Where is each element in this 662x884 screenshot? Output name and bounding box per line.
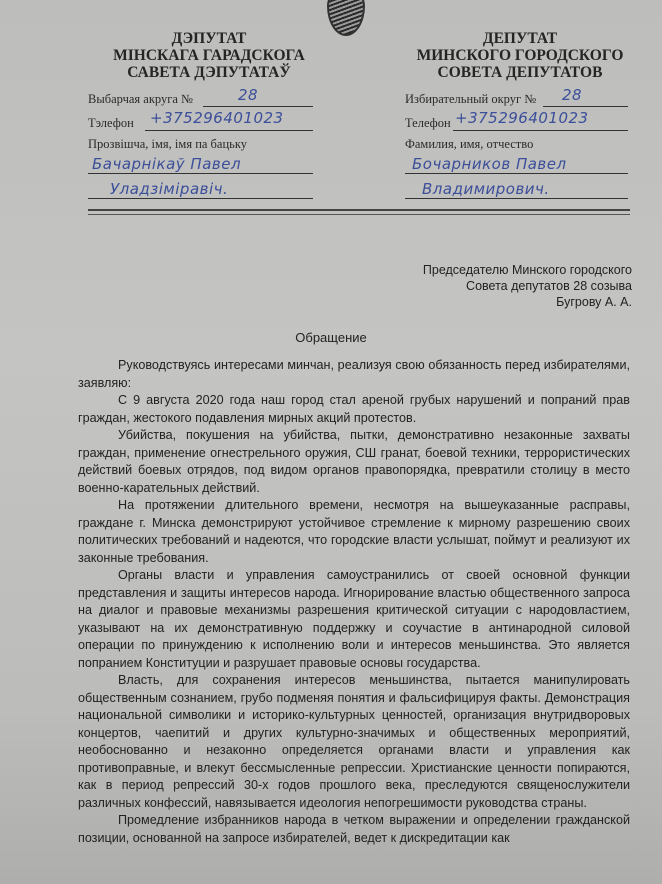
paragraph: Убийства, покушения на убийства, пытки, … xyxy=(78,427,630,497)
field-underline xyxy=(543,106,628,107)
district-label-be: Выбарчая акруга № xyxy=(88,92,193,107)
name-line1-ru: Бочарников Павел xyxy=(412,155,567,173)
addressee-line: Совета депутатов 28 созыва xyxy=(423,278,632,294)
letterhead-divider xyxy=(88,209,630,215)
paragraph: Промедление избранников народа в четком … xyxy=(78,812,630,847)
paragraph: Органы власти и управления самоустранили… xyxy=(78,567,630,672)
phone-value-be: +375296401023 xyxy=(150,109,284,127)
letterhead-russian: ДЕПУТАТ МИНСКОГО ГОРОДСКОГО СОВЕТА ДЕПУТ… xyxy=(395,30,645,81)
field-underline xyxy=(88,173,313,174)
field-underline xyxy=(453,130,628,131)
addressee-block: Председателю Минского городского Совета … xyxy=(423,262,632,310)
name-line1-be: Бачарнікаў Павел xyxy=(92,155,241,173)
paragraph: Власть, для сохранения интересов меньшин… xyxy=(78,672,630,812)
letterhead-title-line: СОВЕТА ДЕПУТАТОВ xyxy=(395,64,645,81)
letterhead-title-line: ДЭПУТАТ xyxy=(84,30,334,47)
addressee-line: Председателю Минского городского xyxy=(423,262,632,278)
letterhead-title-line: ДЕПУТАТ xyxy=(395,30,645,47)
field-underline xyxy=(405,173,628,174)
district-label-ru: Избирательный округ № xyxy=(405,92,536,107)
name-line2-be: Уладзіміравіч. xyxy=(110,180,228,198)
district-value-be: 28 xyxy=(238,86,258,104)
letterhead-belarusian: ДЭПУТАТ МІНСКАГА ГАРАДСКОГА САВЕТА ДЭПУТ… xyxy=(84,30,334,81)
district-value-ru: 28 xyxy=(562,86,582,104)
name-label-ru: Фамилия, имя, отчество xyxy=(405,137,533,152)
paragraph: С 9 августа 2020 года наш город стал аре… xyxy=(78,392,630,427)
document-title: Обращение xyxy=(0,330,662,345)
paragraph: На протяжении длительного времени, несмо… xyxy=(78,497,630,567)
letterhead-title-line: МИНСКОГО ГОРОДСКОГО xyxy=(395,47,645,64)
document-body: Руководствуясь интересами минчан, реализ… xyxy=(78,357,630,847)
letterhead-title-line: МІНСКАГА ГАРАДСКОГА xyxy=(84,47,334,64)
paragraph: Руководствуясь интересами минчан, реализ… xyxy=(78,357,630,392)
addressee-line: Бугрову А. А. xyxy=(423,294,632,310)
phone-label-be: Тэлефон xyxy=(88,116,134,131)
name-line2-ru: Владимирович. xyxy=(422,180,550,198)
phone-value-ru: +375296401023 xyxy=(455,109,589,127)
field-underline xyxy=(405,198,628,199)
letterhead-title-line: САВЕТА ДЭПУТАТАЎ xyxy=(84,64,334,81)
phone-label-ru: Телефон xyxy=(405,116,451,131)
field-underline xyxy=(88,198,313,199)
field-underline xyxy=(203,106,313,107)
name-label-be: Прозвішча, імя, імя па бацьку xyxy=(88,137,247,152)
field-underline xyxy=(145,130,313,131)
